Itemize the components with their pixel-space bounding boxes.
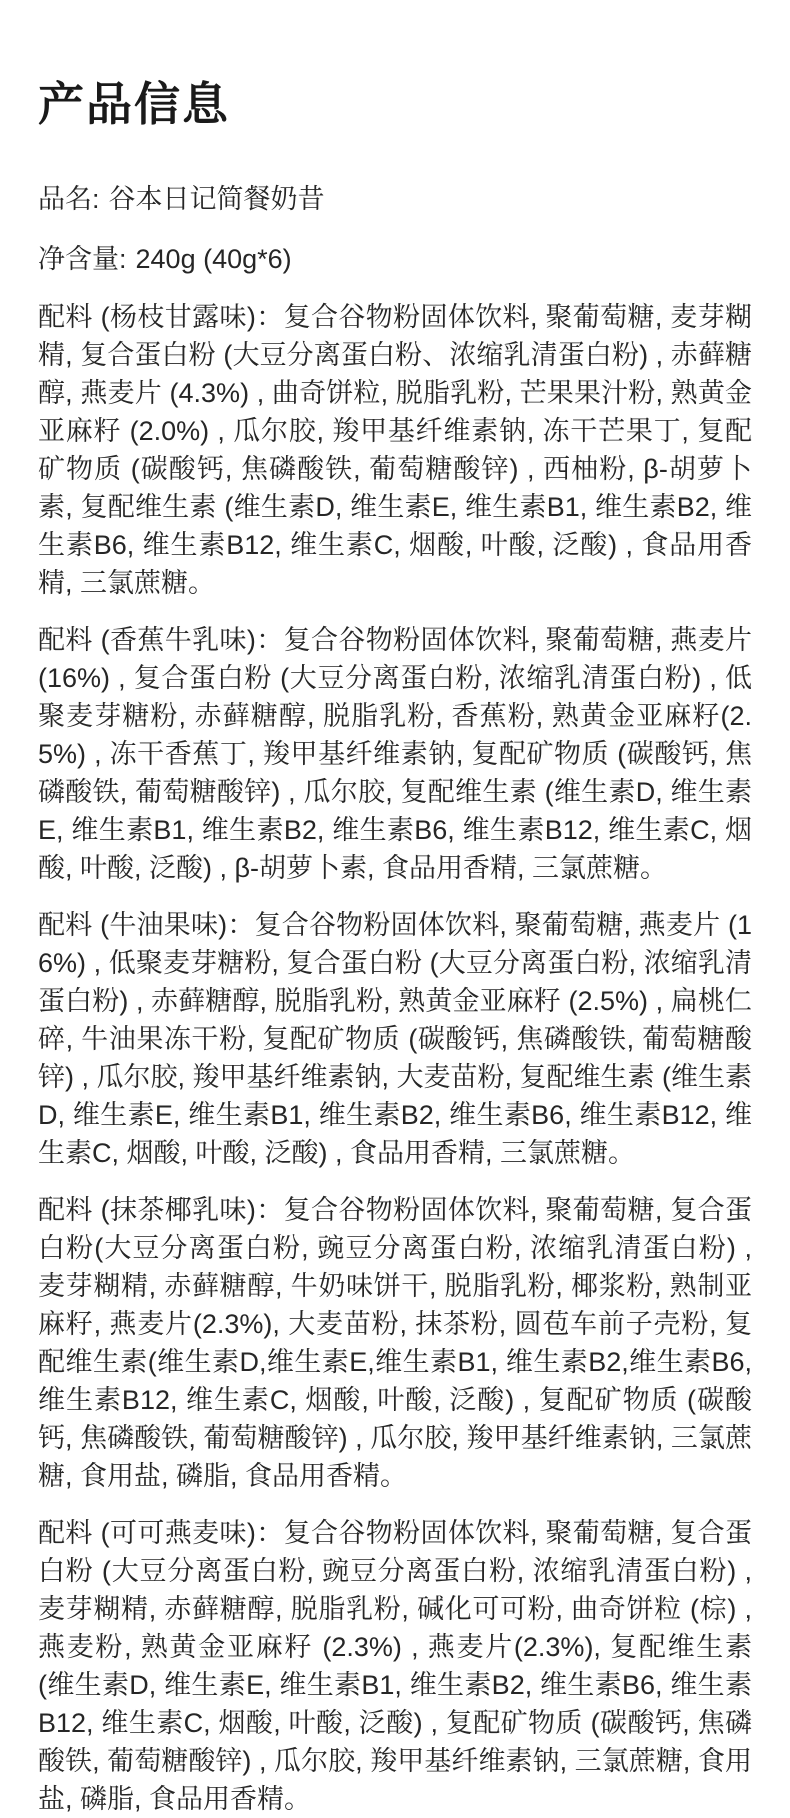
product-info-page: 产品信息 品名:谷本日记简餐奶昔 净含量:240g (40g*6) 配料 (杨枝… xyxy=(0,0,790,1818)
ingredients-paragraph-matcha-coconut: 配料 (抹茶椰乳味)：复合谷物粉固体饮料, 聚葡萄糖, 复合蛋白粉(大豆分离蛋白… xyxy=(38,1191,752,1495)
product-name-row: 品名:谷本日记简餐奶昔 xyxy=(38,180,752,218)
product-name-label: 品名: xyxy=(38,184,100,214)
page-title: 产品信息 xyxy=(38,0,752,134)
ingredients-paragraph-mango-pomelo: 配料 (杨枝甘露味)：复合谷物粉固体饮料, 聚葡萄糖, 麦芽糊精, 复合蛋白粉 … xyxy=(38,298,752,602)
net-weight-value: 240g (40g*6) xyxy=(136,244,292,274)
product-name-value: 谷本日记简餐奶昔 xyxy=(109,184,325,214)
net-weight-label: 净含量: xyxy=(38,244,127,274)
ingredients-paragraph-avocado: 配料 (牛油果味)：复合谷物粉固体饮料, 聚葡萄糖, 燕麦片 (16%) , 低… xyxy=(38,906,752,1172)
ingredients-paragraph-banana-milk: 配料 (香蕉牛乳味)：复合谷物粉固体饮料, 聚葡萄糖, 燕麦片 (16%) , … xyxy=(38,621,752,887)
ingredients-paragraph-cocoa-oat: 配料 (可可燕麦味)：复合谷物粉固体饮料, 聚葡萄糖, 复合蛋白粉 (大豆分离蛋… xyxy=(38,1514,752,1818)
net-weight-row: 净含量:240g (40g*6) xyxy=(38,240,752,278)
